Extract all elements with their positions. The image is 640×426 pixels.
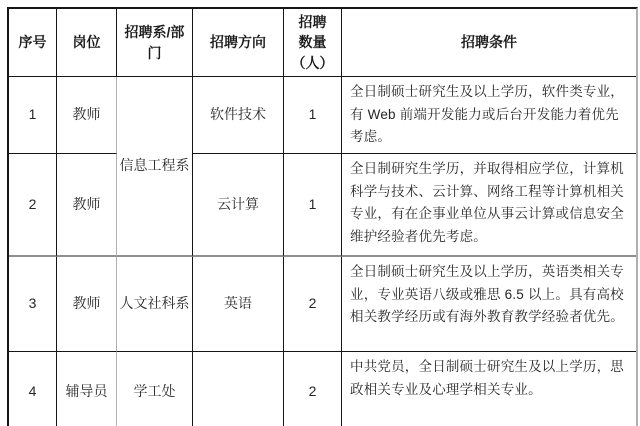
col-header-direction: 招聘方向 [193,9,284,77]
cell-conditions: 全日制研究生学历，并取得相应学位，计算机科学与技术、云计算、网络工程等计算机相关… [342,154,636,257]
cell-conditions: 中共党员，全日制硕士研究生及以上学历，思政相关专业及心理学相关专业。 [342,352,636,426]
cell-headcount: 1 [284,77,342,154]
cell-serial-no: 2 [9,154,57,257]
cell-direction: 英语 [193,257,284,352]
table-row-4: 4 辅导员 学工处 2 中共党员，全日制硕士研究生及以上学历，思政相关专业及心理… [9,352,636,426]
cell-post: 教师 [57,154,117,257]
recruitment-table: 序号 岗位 招聘系/部 门 招聘方向 招聘 数量 （人） 招聘条件 1 教师 信… [7,7,638,426]
cell-post: 辅导员 [57,352,117,426]
cell-post: 教师 [57,77,117,154]
cell-department: 人文社科系 [117,257,193,352]
recruitment-notice-page: 序号 岗位 招聘系/部 门 招聘方向 招聘 数量 （人） 招聘条件 1 教师 信… [0,0,640,426]
col-header-serial-no: 序号 [9,9,57,77]
col-header-headcount: 招聘 数量 （人） [284,9,342,77]
cell-serial-no: 1 [9,77,57,154]
col-header-conditions: 招聘条件 [342,9,636,77]
cell-department: 学工处 [117,352,193,426]
table-row-1: 1 教师 信息工程系 软件技术 1 全日制硕士研究生及以上学历，软件类专业，有 … [9,77,636,154]
cell-headcount: 2 [284,352,342,426]
cell-conditions: 全日制硕士研究生及以上学历，英语类相关专业，专业英语八级或雅思 6.5 以上。具… [342,257,636,352]
table-row-2: 2 教师 云计算 1 全日制研究生学历，并取得相应学位，计算机科学与技术、云计算… [9,154,636,257]
cell-headcount: 2 [284,257,342,352]
cell-direction-empty [193,352,284,426]
table-row-3: 3 教师 人文社科系 英语 2 全日制硕士研究生及以上学历，英语类相关专业，专业… [9,257,636,352]
cell-serial-no: 4 [9,352,57,426]
cell-department-merged: 信息工程系 [117,77,193,257]
cell-conditions: 全日制硕士研究生及以上学历，软件类专业，有 Web 前端开发能力或后台开发能力着… [342,77,636,154]
cell-direction: 云计算 [193,154,284,257]
header-row: 序号 岗位 招聘系/部 门 招聘方向 招聘 数量 （人） 招聘条件 [9,9,636,77]
cell-post: 教师 [57,257,117,352]
cell-serial-no: 3 [9,257,57,352]
col-header-department: 招聘系/部 门 [117,9,193,77]
cell-direction: 软件技术 [193,77,284,154]
cell-headcount: 1 [284,154,342,257]
col-header-post: 岗位 [57,9,117,77]
